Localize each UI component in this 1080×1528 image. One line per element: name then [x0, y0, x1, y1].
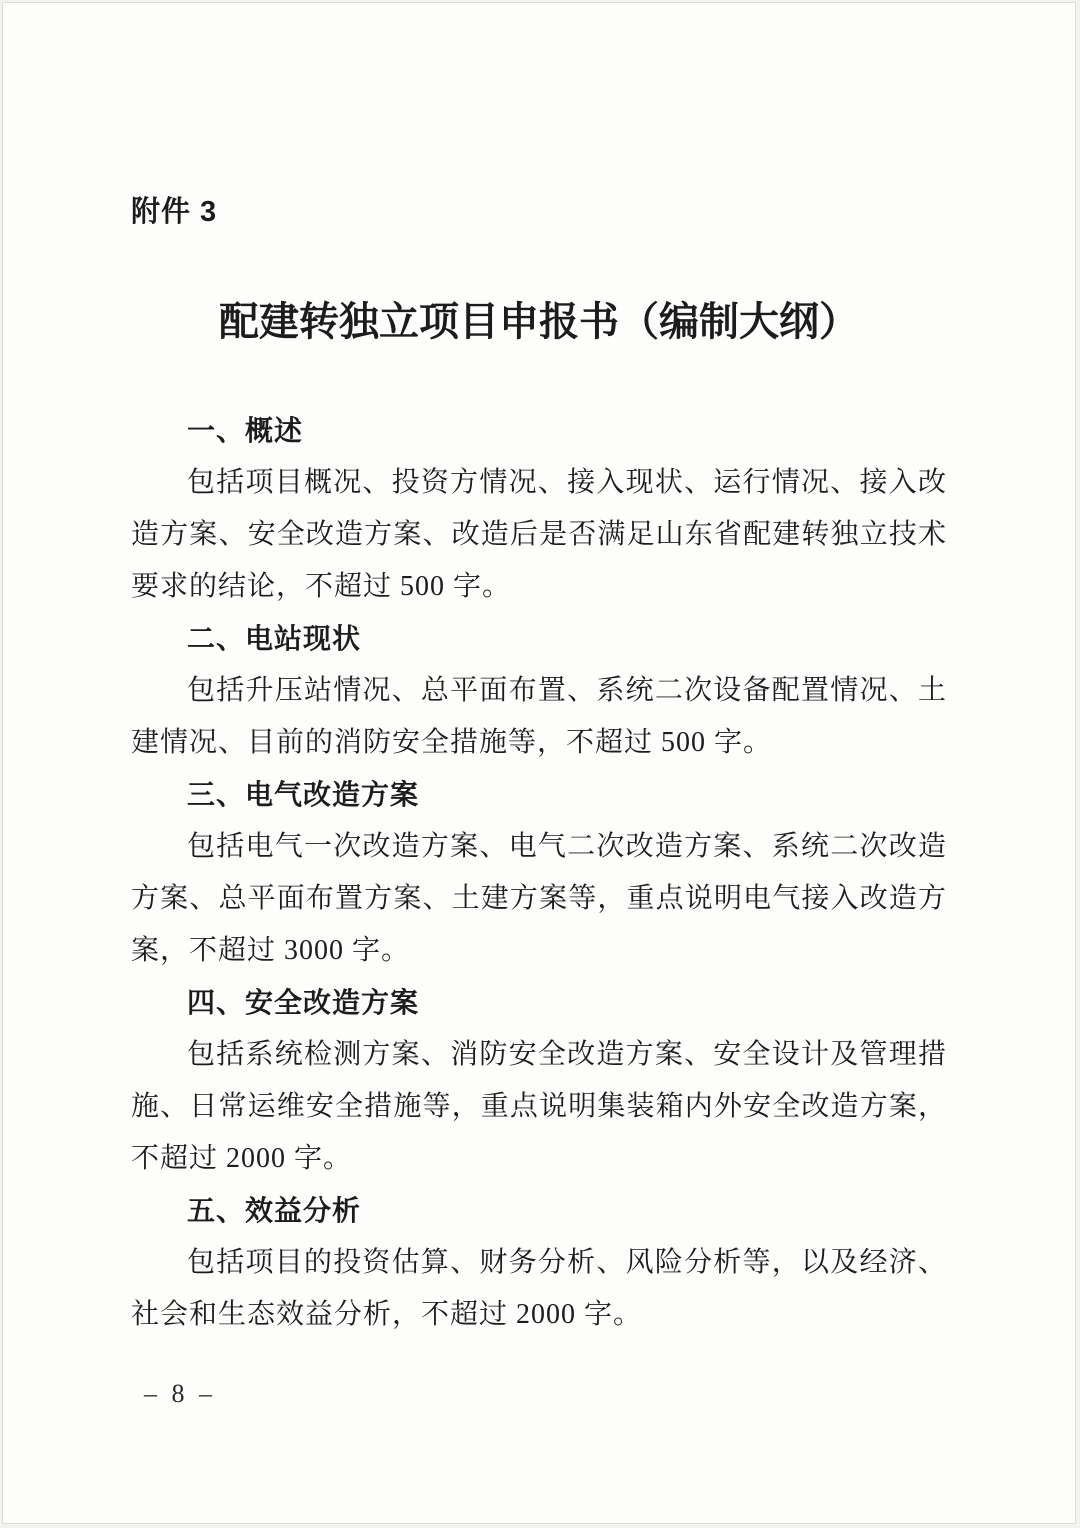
page-number: – 8 – — [144, 1379, 216, 1409]
section-heading-safety-plan: 四、安全改造方案 — [131, 977, 947, 1029]
section-body-benefit-analysis: 包括项目的投资估算、财务分析、风险分析等，以及经济、社会和生态效益分析，不超过 … — [131, 1237, 947, 1341]
section-body-station-status: 包括升压站情况、总平面布置、系统二次设备配置情况、土建情况、目前的消防安全措施等… — [131, 665, 947, 769]
document-page: 附件 3 配建转独立项目申报书（编制大纲） 一、概述 包括项目概况、投资方情况、… — [2, 2, 1076, 1524]
document-title: 配建转独立项目申报书（编制大纲） — [131, 297, 947, 347]
section-heading-station-status: 二、电站现状 — [131, 613, 947, 665]
attachment-label: 附件 3 — [131, 3, 947, 231]
section-body-electrical-plan: 包括电气一次改造方案、电气二次改造方案、系统二次改造方案、总平面布置方案、土建方… — [131, 821, 947, 977]
section-body-safety-plan: 包括系统检测方案、消防安全改造方案、安全设计及管理措施、日常运维安全措施等，重点… — [131, 1029, 947, 1185]
document-content: 附件 3 配建转独立项目申报书（编制大纲） 一、概述 包括项目概况、投资方情况、… — [3, 3, 1075, 1341]
section-heading-electrical-plan: 三、电气改造方案 — [131, 769, 947, 821]
sections-container: 一、概述 包括项目概况、投资方情况、接入现状、运行情况、接入改造方案、安全改造方… — [131, 405, 947, 1341]
section-heading-overview: 一、概述 — [131, 405, 947, 457]
section-heading-benefit-analysis: 五、效益分析 — [131, 1185, 947, 1237]
section-body-overview: 包括项目概况、投资方情况、接入现状、运行情况、接入改造方案、安全改造方案、改造后… — [131, 457, 947, 613]
